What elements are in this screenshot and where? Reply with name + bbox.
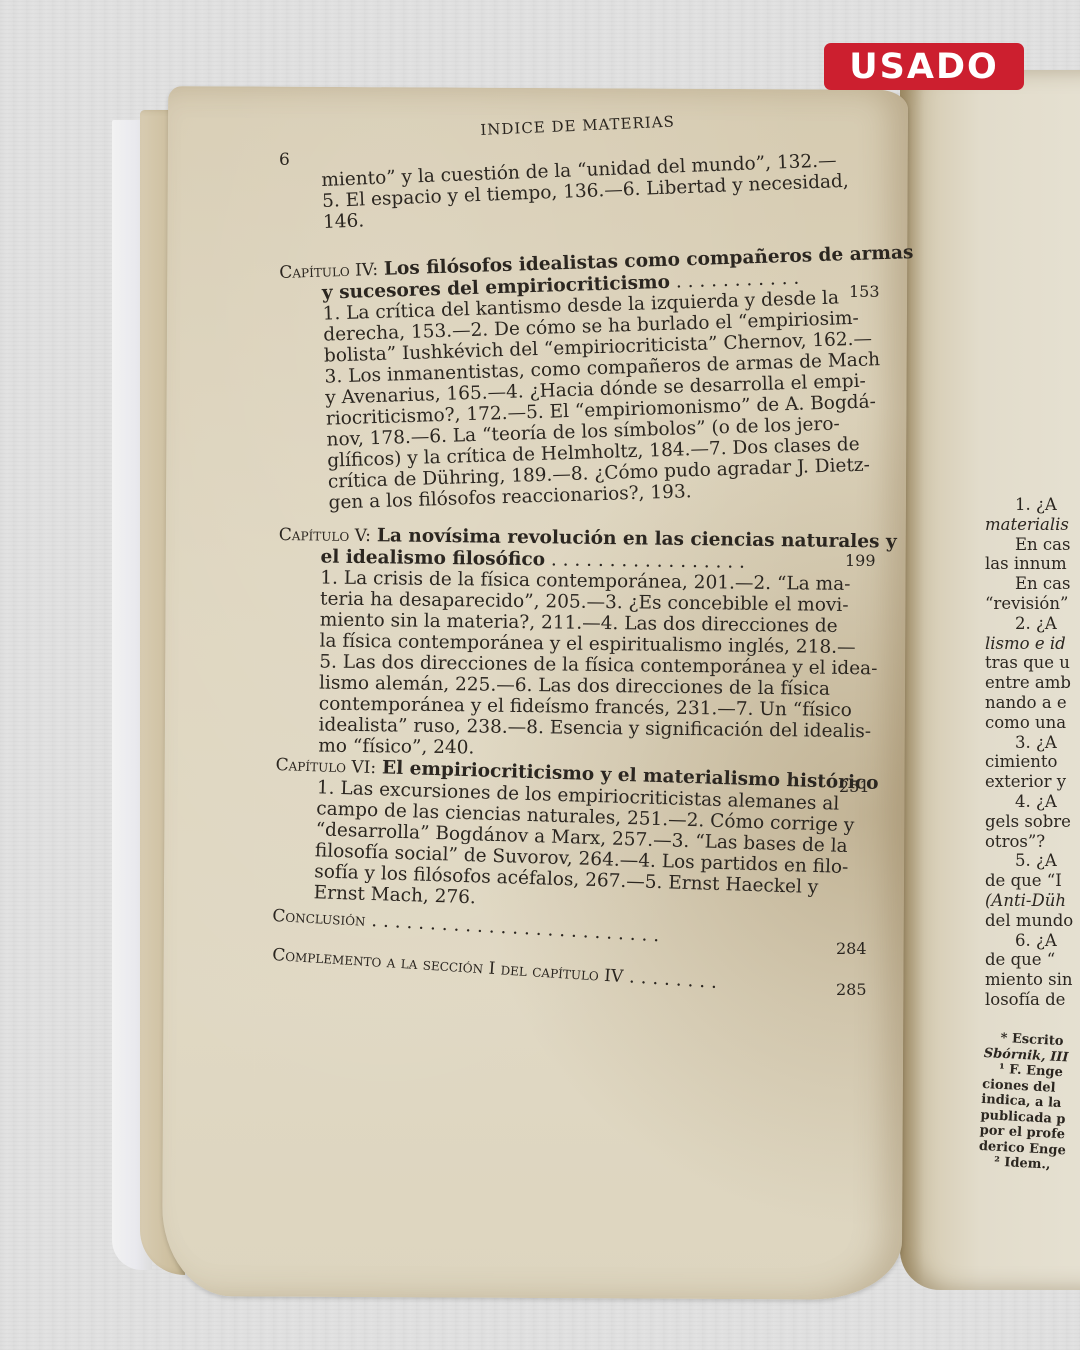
text-line: 6. ¿A bbox=[985, 931, 1080, 951]
right-page-footnotes: * Escrito Sbórnik, III ¹ F. Enge ciones … bbox=[978, 1030, 1080, 1174]
text-line: 4. ¿A bbox=[985, 792, 1080, 812]
chapter-label: Capítulo IV: bbox=[279, 260, 378, 283]
chapter-5-entry: Capítulo V: La novísima revolución en la… bbox=[276, 524, 897, 764]
page-ref: 199 bbox=[845, 551, 876, 570]
text-line: En cas bbox=[985, 535, 1080, 555]
page-number: 6 bbox=[279, 150, 290, 170]
chapter-title: el idealismo filosófico bbox=[320, 547, 545, 571]
text-line: de que “I bbox=[985, 871, 1080, 891]
text-line: miento sin bbox=[985, 970, 1080, 990]
text-line: losofía de bbox=[985, 990, 1080, 1010]
used-condition-badge: USADO bbox=[824, 43, 1024, 90]
text-line: de que “ bbox=[985, 950, 1080, 970]
right-page-text: 1. ¿A materialis En cas las innum En cas… bbox=[985, 495, 1080, 1010]
book-photo: INDICE DE MATERIAS 6 miento” y la cuesti… bbox=[0, 0, 1080, 1350]
text-line: exterior y bbox=[985, 772, 1080, 792]
text-line: del mundo bbox=[985, 911, 1080, 931]
text-line: cimiento bbox=[985, 752, 1080, 772]
conclusion-label: Conclusión bbox=[272, 906, 366, 931]
text-line: como una bbox=[985, 713, 1080, 733]
chapter-4-entry: Capítulo IV: Los filósofos idealistas co… bbox=[279, 242, 921, 515]
text-line: 1. ¿A bbox=[985, 495, 1080, 515]
text-line: gels sobre bbox=[985, 812, 1080, 832]
text-line: nando a e bbox=[985, 693, 1080, 713]
chapter-6-entry: Capítulo VI: El empiriocriticismo y el m… bbox=[271, 754, 879, 921]
text-line: otros”? bbox=[985, 832, 1080, 852]
page-ref: 153 bbox=[849, 282, 880, 301]
text-line: 2. ¿A bbox=[985, 614, 1080, 634]
text-line: las innum bbox=[985, 554, 1080, 574]
page-ref: 285 bbox=[836, 980, 867, 999]
text-line: lismo e id bbox=[985, 634, 1080, 654]
chapter-label: Capítulo VI: bbox=[275, 755, 376, 778]
chapter-label: Capítulo V: bbox=[279, 525, 371, 546]
page-ref: 284 bbox=[836, 939, 867, 958]
text-line: (Anti-Düh bbox=[985, 891, 1080, 911]
text-line: tras que u bbox=[985, 653, 1080, 673]
text-line: 5. ¿A bbox=[985, 851, 1080, 871]
page-ref: 251 bbox=[839, 777, 870, 796]
text-line: En cas bbox=[985, 574, 1080, 594]
text-line: 3. ¿A bbox=[985, 733, 1080, 753]
text-line: “revisión” bbox=[985, 594, 1080, 614]
text-line: materialis bbox=[985, 515, 1080, 535]
text-line: entre amb bbox=[985, 673, 1080, 693]
